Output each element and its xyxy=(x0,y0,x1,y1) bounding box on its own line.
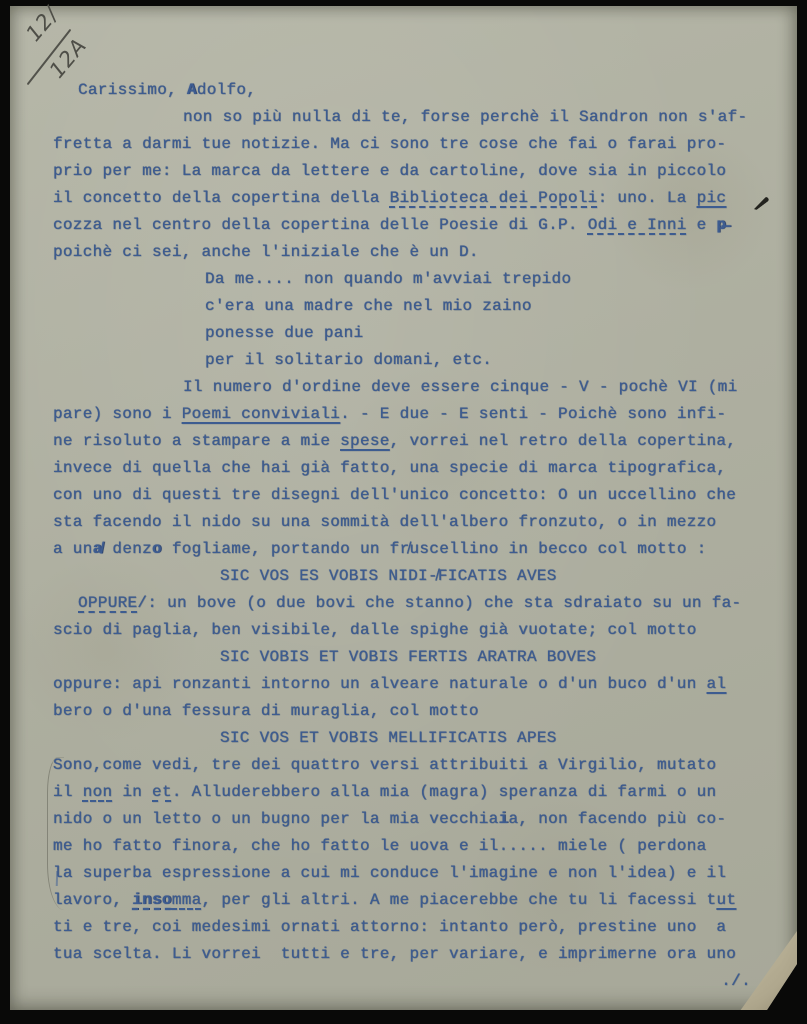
text-segment: e xyxy=(687,216,717,234)
letter-line: per il solitario domani, etc. xyxy=(205,347,753,374)
text-segment: fogliame, portando un f xyxy=(162,540,400,558)
letter-line: il concetto della copertina della Biblio… xyxy=(53,185,753,212)
letter-line: ne risoluto a stampare a mie spese, vorr… xyxy=(53,428,753,455)
letter-line: poichè ci sei, anche l'iniziale che è un… xyxy=(53,239,753,266)
text-segment: Sono,come vedi, tre dei quattro versi at… xyxy=(53,756,716,774)
text-segment: . - E due - E senti - Poichè sono infi- xyxy=(340,405,726,423)
letter-line: OPPURE/: un bove (o due bovi che stanno)… xyxy=(78,590,753,617)
text-segment: dolfo, xyxy=(197,81,256,99)
text-segment: pic xyxy=(697,189,727,207)
text-segment: Il numero d'ordine deve essere cinque - … xyxy=(183,378,738,396)
letter-line: pare) sono i Poemi conviviali. - E due -… xyxy=(53,401,753,428)
text-segment: fretta a darmi tue notizie. Ma ci sono t… xyxy=(53,135,726,153)
text-segment: Poemi conviviali xyxy=(182,405,340,423)
text-segment: , vorrei nel retro della copertina, xyxy=(390,432,737,450)
letter-line: ponesse due pani xyxy=(205,320,753,347)
text-segment: Odi e Inni xyxy=(588,216,687,234)
letter-line: Carissimo, Adolfo, xyxy=(78,77,753,104)
text-segment: , per gli altri. A me piacerebbe che tu … xyxy=(202,891,717,909)
text-segment: lavoro, xyxy=(53,891,132,909)
text-segment: c'era una madre che nel mio zaino xyxy=(205,297,532,315)
letter-line: me ho fatto finora, che ho fatto le uova… xyxy=(53,833,753,860)
text-segment: SIC VOBIS ET VOBIS FERTIS ARATRA BOVES xyxy=(220,648,596,666)
text-segment: prio per me: La marca da lettere e da ca… xyxy=(53,162,726,180)
letter-line: SIC VOS ES VOBIS NIDI-̸FICATIS AVES xyxy=(220,563,753,590)
text-segment: la superba espressione a cui mi conduce … xyxy=(53,864,726,882)
text-segment: a, non facendo più co- xyxy=(508,810,726,828)
text-segment: i xyxy=(499,810,509,828)
letter-line: non so più nulla di te, forse perchè il … xyxy=(183,104,753,131)
letter-line: con uno di questi tre disegni dell'unico… xyxy=(53,482,753,509)
text-segment: non xyxy=(83,783,113,801)
text-segment: /: un bove (o due bovi che stanno) che s… xyxy=(137,594,741,612)
text-segment: ti e tre, coi medesimi ornati attorno: i… xyxy=(53,918,726,936)
text-segment: invece di quella che hai già fatto, una … xyxy=(53,459,726,477)
text-segment: FICATIS AVES xyxy=(438,567,557,585)
text-segment: con uno di questi tre disegni dell'unico… xyxy=(53,486,736,504)
text-segment: a un xyxy=(53,540,93,558)
letter-line: SIC VOBIS ET VOBIS FERTIS ARATRA BOVES xyxy=(220,644,753,671)
letter-line: scio di paglia, ben visibile, dalle spig… xyxy=(53,617,753,644)
letter-line: lavoro, insomma, per gli altri. A me pia… xyxy=(53,887,753,914)
letter-line: bero o d'una fessura di muraglia, col mo… xyxy=(53,698,753,725)
letter-line: c'era una madre che nel mio zaino xyxy=(205,293,753,320)
text-segment: oppure: api ronzanti intorno un alveare … xyxy=(53,675,707,693)
text-segment: ./. xyxy=(721,972,751,990)
letter-line: sta facendo il nido su una sommità dell'… xyxy=(53,509,753,536)
text-segment: me ho fatto finora, che ho fatto le uova… xyxy=(53,837,707,855)
text-segment: il xyxy=(53,783,83,801)
text-segment: mma xyxy=(172,891,202,909)
text-segment: Carissimo, xyxy=(78,81,187,99)
text-segment: p̶ xyxy=(716,216,726,234)
text-segment: : uno. La xyxy=(598,189,697,207)
text-segment: a̸ xyxy=(93,540,103,558)
text-segment: sta facendo il nido su una sommità dell'… xyxy=(53,513,716,531)
text-segment: spese xyxy=(340,432,390,450)
letter-line: invece di quella che hai già fatto, una … xyxy=(53,455,753,482)
letter-line: cozza nel centro della copertina delle P… xyxy=(53,212,753,239)
text-segment: r̸ xyxy=(400,540,410,558)
letter-line: a una̸ denzo fogliame, portando un fr̸us… xyxy=(53,536,753,563)
text-segment: A xyxy=(187,81,197,99)
text-segment: poichè ci sei, anche l'iniziale che è un… xyxy=(53,243,479,261)
letter-line: tua scelta. Li vorrei tutti e tre, per v… xyxy=(53,941,753,968)
text-segment: bero o d'una fessura di muraglia, col mo… xyxy=(53,702,479,720)
letter-line: fretta a darmi tue notizie. Ma ci sono t… xyxy=(53,131,753,158)
text-segment: inso xyxy=(132,891,172,909)
letter-line: ti e tre, coi medesimi ornati attorno: i… xyxy=(53,914,753,941)
text-segment: pare) sono i xyxy=(53,405,182,423)
text-segment: OPPURE xyxy=(78,594,137,612)
text-segment: uscellino in becco col motto : xyxy=(409,540,706,558)
letter-line: Sono,come vedi, tre dei quattro versi at… xyxy=(53,752,753,779)
letter-line: Il numero d'ordine deve essere cinque - … xyxy=(183,374,753,401)
text-segment: -̸ xyxy=(428,567,438,585)
text-segment: et xyxy=(152,783,172,801)
text-segment: non so più nulla di te, forse perchè il … xyxy=(183,108,747,126)
scan-root: { "scan": { "background_color": "#090908… xyxy=(0,0,807,1024)
text-segment: . Alluderebbero alla mia (magra) speranz… xyxy=(172,783,717,801)
text-segment: tua scelta. Li vorrei tutti e tre, per v… xyxy=(53,945,736,963)
letter-line: oppure: api ronzanti intorno un alveare … xyxy=(53,671,753,698)
letter-line: nido o un letto o un bugno per la mia ve… xyxy=(53,806,753,833)
text-segment: in xyxy=(112,783,152,801)
letter-line: SIC VOS ET VOBIS MELLIFICATIS APES xyxy=(220,725,753,752)
text-segment: o xyxy=(152,540,162,558)
text-segment: SIC VOS ET VOBIS MELLIFICATIS APES xyxy=(220,729,557,747)
text-segment: il concetto della copertina della xyxy=(53,189,390,207)
text-segment: ponesse due pani xyxy=(205,324,363,342)
text-segment: SIC VOS ES VOBIS NIDI xyxy=(220,567,428,585)
text-segment: per il solitario domani, etc. xyxy=(205,351,492,369)
letter-body: Carissimo, Adolfo,non so più nulla di te… xyxy=(53,77,753,995)
text-segment: Da me.... non quando m'avviai trepido xyxy=(205,270,571,288)
text-segment: ne risoluto a stampare a mie xyxy=(53,432,340,450)
letter-line: prio per me: La marca da lettere e da ca… xyxy=(53,158,753,185)
text-segment: ut xyxy=(716,891,736,909)
text-segment: al xyxy=(707,675,727,693)
text-segment: nido o un letto o un bugno per la mia ve… xyxy=(53,810,499,828)
letter-line: Da me.... non quando m'avviai trepido xyxy=(205,266,753,293)
text-segment: Biblioteca dei Popoli xyxy=(390,189,598,207)
text-segment: scio di paglia, ben visibile, dalle spig… xyxy=(53,621,697,639)
letter-line: il non in et. Alluderebbero alla mia (ma… xyxy=(53,779,753,806)
text-segment: cozza nel centro della copertina delle P… xyxy=(53,216,588,234)
text-segment: denz xyxy=(103,540,153,558)
letter-line: la superba espressione a cui mi conduce … xyxy=(53,860,753,887)
letter-line: ./. xyxy=(53,968,753,995)
